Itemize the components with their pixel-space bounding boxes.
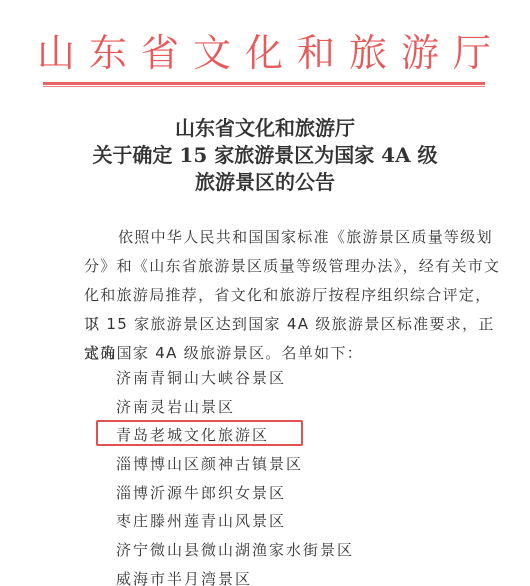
notice-title-line-1: 山东省文化和旅游厅 xyxy=(0,115,530,141)
list-item: 枣庄滕州莲青山风景区 xyxy=(116,507,354,536)
list-item: 淄博博山区颜神古镇景区 xyxy=(116,450,354,479)
highlight-box xyxy=(96,420,303,446)
notice-title-line-2: 关于确定 15 家旅游景区为国家 4A 级 xyxy=(0,142,530,168)
masthead-title: 山东省文化和旅游厅 xyxy=(0,28,530,78)
list-item: 济南灵岩山景区 xyxy=(116,393,354,422)
list-item: 淄博沂源牛郎织女景区 xyxy=(116,479,354,508)
header-rule-thick xyxy=(43,82,485,85)
list-item: 济宁微山县微山湖渔家水街景区 xyxy=(116,536,354,565)
list-item: 济南青铜山大峡谷景区 xyxy=(116,364,354,393)
scenic-area-list: 济南青铜山大峡谷景区 济南灵岩山景区 青岛老城文化旅游区 淄博博山区颜神古镇景区… xyxy=(116,364,354,586)
header-rule-thin xyxy=(43,86,485,87)
notice-title-line-3: 旅游景区的公告 xyxy=(0,169,530,195)
body-line-1: 依照中华人民共和国国家标准《旅游景区质量等级划 xyxy=(118,223,530,252)
list-item: 威海市半月湾景区 xyxy=(116,565,354,586)
body-line-2: 分》和《山东省旅游景区质量等级管理办法》，经有关市文 xyxy=(84,252,504,281)
